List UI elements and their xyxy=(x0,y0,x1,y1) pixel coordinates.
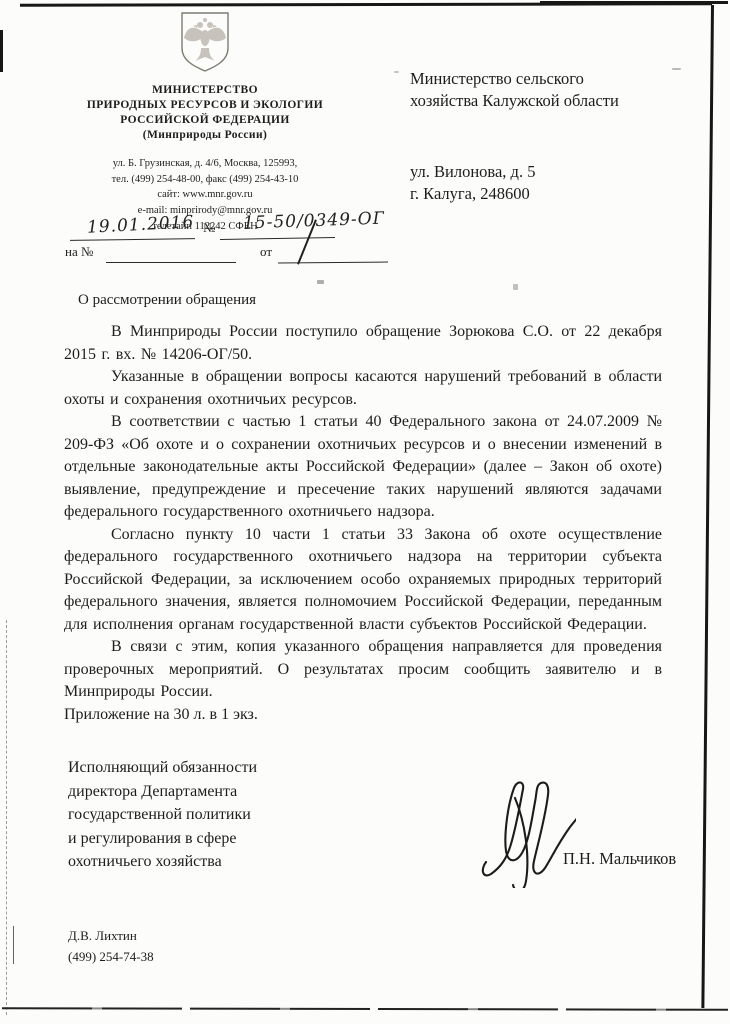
scan-edge-left-mark xyxy=(0,30,3,72)
recipient-block: Министерство сельского хозяйства Калужск… xyxy=(410,68,680,205)
recipient-name: Министерство сельского хозяйства Калужск… xyxy=(410,68,680,113)
sender-contact-line: сайт: www.mnr.gov.ru xyxy=(45,187,365,203)
body-paragraph: Указанные в обращении вопросы касаются н… xyxy=(64,366,662,411)
reply-number-underline xyxy=(106,262,236,263)
handwritten-signature-icon xyxy=(478,776,576,888)
russian-coat-of-arms-icon xyxy=(177,10,233,79)
recipient-address-line: г. Калуга, 248600 xyxy=(410,183,680,205)
body-paragraph: В соответствии с частью 1 статьи 40 Феде… xyxy=(64,411,662,524)
signer-title: Исполняющий обязанности директора Департ… xyxy=(68,756,378,874)
reply-from-label: от xyxy=(260,244,272,260)
sender-name-line: ПРИРОДНЫХ РЕСУРСОВ И ЭКОЛОГИИ xyxy=(45,98,365,113)
body-paragraph: В Минприроды России поступило обращение … xyxy=(64,321,662,366)
executor-phone: (499) 254-74-38 xyxy=(68,947,154,968)
body-paragraph: Согласно пункту 10 части 1 статьи 33 Зак… xyxy=(64,524,662,637)
recipient-name-line: Министерство сельского xyxy=(410,68,680,90)
recipient-name-line: хозяйства Калужской области xyxy=(410,90,680,112)
recipient-address-line: ул. Вилонова, д. 5 xyxy=(410,161,680,183)
number-sign-label: № xyxy=(203,220,215,236)
letter-body: В Минприроды России поступило обращение … xyxy=(64,321,662,726)
scanned-letter-page: МИНИСТЕРСТВО ПРИРОДНЫХ РЕСУРСОВ И ЭКОЛОГ… xyxy=(0,0,730,1024)
sender-name: МИНИСТЕРСТВО ПРИРОДНЫХ РЕСУРСОВ И ЭКОЛОГ… xyxy=(45,83,365,143)
signer-title-line: охотничьего хозяйства xyxy=(68,850,378,874)
recipient-address: ул. Вилонова, д. 5 г. Калуга, 248600 xyxy=(410,161,680,206)
date-underline xyxy=(70,238,195,241)
scan-edge-left-short xyxy=(13,926,14,964)
signer-title-line: директора Департамента xyxy=(68,780,378,804)
body-paragraph: В связи с этим, копия указанного обращен… xyxy=(64,636,662,704)
scan-edge-left-dashed xyxy=(6,620,7,1015)
sender-contact-line: тел. (499) 254-48-00, факс (499) 254-43-… xyxy=(45,172,365,188)
handwritten-date: 19.01.2016 xyxy=(87,212,195,238)
reply-to-label: на № xyxy=(65,244,93,260)
sender-name-line: РОССИЙСКОЙ ФЕДЕРАЦИИ xyxy=(45,113,365,128)
executor-name: Д.В. Лихтин xyxy=(68,926,154,947)
signer-name: П.Н. Мальчиков xyxy=(563,849,676,869)
scan-smudge xyxy=(317,280,324,284)
sender-name-line: (Минприроды России) xyxy=(45,128,365,143)
attachment-note: Приложение на 30 л. в 1 экз. xyxy=(64,704,662,727)
scan-smudge xyxy=(513,284,518,290)
signer-title-line: и регулирования в сфере xyxy=(68,827,378,851)
signer-title-line: Исполняющий обязанности xyxy=(68,756,378,780)
sender-letterhead: МИНИСТЕРСТВО ПРИРОДНЫХ РЕСУРСОВ И ЭКОЛОГ… xyxy=(45,10,365,235)
number-underline xyxy=(220,237,335,240)
scan-edge-right xyxy=(701,5,713,1008)
scan-edge-bottom xyxy=(2,1007,728,1011)
scan-smudge xyxy=(394,71,399,73)
sender-name-line: МИНИСТЕРСТВО xyxy=(45,83,365,98)
subject-line: О рассмотрении обращения xyxy=(78,292,256,309)
reply-date-underline xyxy=(278,262,388,264)
reference-block: 19.01.2016 № 15-50/0349-ОГ на № от xyxy=(60,212,400,267)
scan-edge-top-overlap xyxy=(540,1,728,4)
executor-block: Д.В. Лихтин (499) 254-74-38 xyxy=(68,926,154,968)
signer-title-line: государственной политики xyxy=(68,803,378,827)
sender-contact-line: ул. Б. Грузинская, д. 4/6, Москва, 12599… xyxy=(45,156,365,172)
